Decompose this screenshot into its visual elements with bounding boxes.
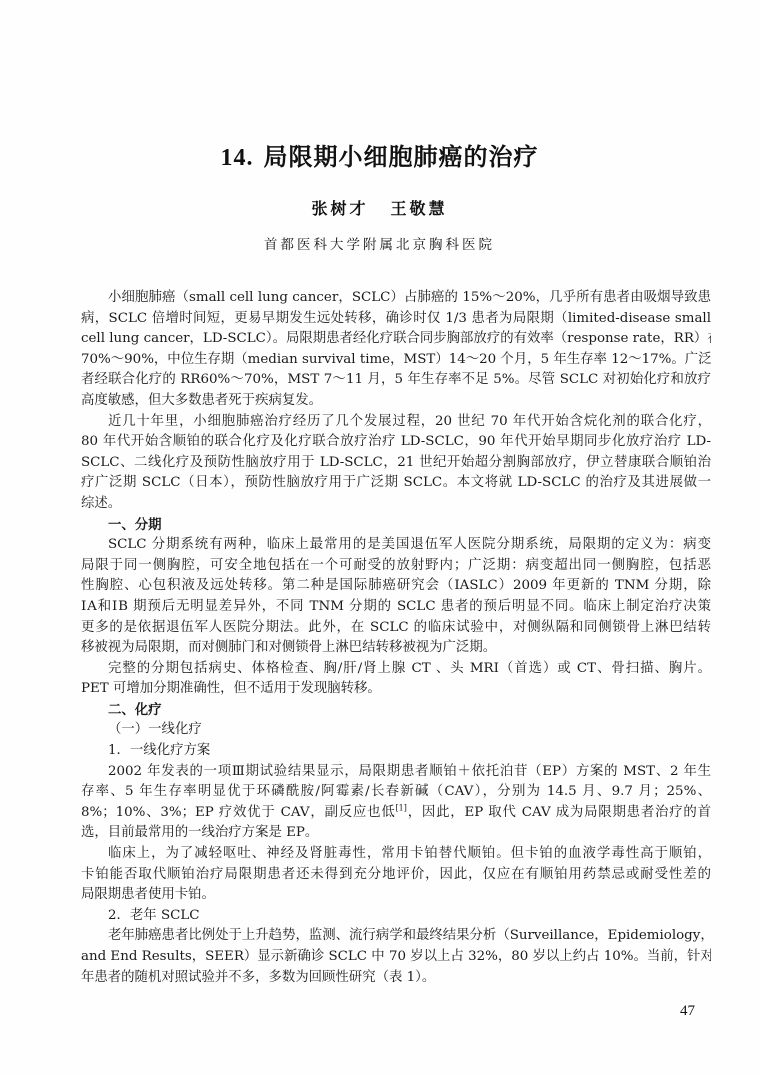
line-text: 8%；10%、3%；EP 疗效优于 CAV，副反应也低	[81, 805, 396, 820]
paragraph-line: 近几十年里，小细胞肺癌治疗经历了几个发展过程，20 世纪 70 年代开始含烷化剂…	[81, 412, 711, 433]
paragraph-line: 70%～90%，中位生存期（median survival time，MST）1…	[81, 350, 711, 371]
paragraph-line: 病，SCLC 倍增时间短，更易早期发生远处转移，确诊时仅 1/3 患者为局限期（…	[81, 309, 711, 330]
paragraph-line: 老年肺癌患者比例处于上升趋势，监测、流行病学和最终结果分析（Surveillan…	[81, 926, 711, 947]
paragraph-line: 8%；10%、3%；EP 疗效优于 CAV，副反应也低[1]，因此，EP 取代 …	[81, 803, 711, 824]
paragraph-line: PET 可增加分期准确性，但不适用于发现脑转移。	[81, 679, 711, 700]
paragraph-line: cell lung cancer，LD-SCLC）。局限期患者经化疗联合同步胸部…	[81, 329, 711, 350]
paragraph-line: 完整的分期包括病史、体格检查、胸/肝/肾上腺 CT 、头 MRI（首选）或 CT…	[81, 659, 711, 680]
paragraph-line: 2002 年发表的一项Ⅲ期试验结果显示，局限期患者顺铂＋依托泊苷（EP）方案的 …	[81, 762, 711, 783]
paragraph-line: 局限于同一侧胸腔，可安全地包括在一个可耐受的放射野内；广泛期：病变超出同一侧胸腔…	[81, 556, 711, 577]
paragraph-line: 存率、5 年生存率明显优于环磷酰胺/阿霉素/长春新碱（CAV），分别为 14.5…	[81, 782, 711, 803]
paragraph-line: 选，目前最常用的一线治疗方案是 EP。	[81, 823, 711, 844]
affiliation: 首都医科大学附属北京胸科医院	[0, 233, 759, 253]
chapter-title: 14.局限期小细胞肺癌的治疗	[0, 137, 759, 172]
section-heading-staging: 一、分期	[81, 515, 711, 536]
document-page: 14.局限期小细胞肺癌的治疗 张树才王敬慧 首都医科大学附属北京胸科医院 小细胞…	[0, 0, 759, 1077]
line-text: ，因此，EP 取代 CAV 成为局限期患者治疗的首	[407, 805, 711, 820]
paragraph-line: 性胸腔、心包积液及远处转移。第二种是国际肺癌研究会（IASLC）2009 年更新…	[81, 576, 711, 597]
subsection-heading-first-line: （一）一线化疗	[81, 720, 711, 741]
author: 张树才	[311, 199, 368, 218]
author: 王敬慧	[391, 199, 448, 218]
paragraph-line: 更多的是依据退伍军人医院分期法。此外，在 SCLC 的临床试验中，对侧纵隔和同侧…	[81, 618, 711, 639]
paragraph-line: 综述。	[81, 494, 711, 515]
paragraph-line: 临床上，为了减轻呕吐、神经及肾脏毒性，常用卡铂替代顺铂。但卡铂的血液学毒性高于顺…	[81, 844, 711, 865]
paragraph-line: 高度敏感，但大多数患者死于疾病复发。	[81, 391, 711, 412]
paragraph-line: 80 年代开始含顺铂的联合化疗及化疗联合放疗治疗 LD-SCLC，90 年代开始…	[81, 432, 711, 453]
citation-ref[interactable]: [1]	[396, 803, 407, 812]
paragraph-line: 年患者的随机对照试验并不多，多数为回顾性研究（表 1）。	[81, 968, 711, 989]
chapter-number: 14.	[221, 145, 254, 171]
section-heading-chemotherapy: 二、化疗	[81, 700, 711, 721]
article-body: 小细胞肺癌（small cell lung cancer，SCLC）占肺癌的 1…	[81, 288, 711, 988]
paragraph-line: SCLC、二线化疗及预防性脑放疗用于 LD-SCLC，21 世纪开始超分割胸部放…	[81, 453, 711, 474]
paragraph-line: ⅠA和ⅠB 期预后无明显差异外，不同 TNM 分期的 SCLC 患者的预后明显不…	[81, 597, 711, 618]
paragraph-line: 者经联合化疗的 RR60%～70%，MST 7～11 月，5 年生存率不足 5%…	[81, 370, 711, 391]
paragraph-line: 移被视为局限期，而对侧肺门和对侧锁骨上淋巴结转移被视为广泛期。	[81, 638, 711, 659]
paragraph-line: 卡铂能否取代顺铂治疗局限期患者还未得到充分地评价，因此，仅应在有顺铂用药禁忌或耐…	[81, 865, 711, 886]
author-list: 张树才王敬慧	[0, 196, 759, 219]
paragraph-line: and End Results，SEER）显示新确诊 SCLC 中 70 岁以上…	[81, 947, 711, 968]
subsection-heading-regimen: 1．一线化疗方案	[81, 741, 711, 762]
paragraph-line: 小细胞肺癌（small cell lung cancer，SCLC）占肺癌的 1…	[81, 288, 711, 309]
paragraph-line: SCLC 分期系统有两种，临床上最常用的是美国退伍军人医院分期系统，局限期的定义…	[81, 535, 711, 556]
paragraph-line: 局限期患者使用卡铂。	[81, 885, 711, 906]
page-number: 47	[680, 1003, 695, 1020]
chapter-title-text: 局限期小细胞肺癌的治疗	[264, 142, 539, 171]
subsection-heading-elderly: 2．老年 SCLC	[81, 906, 711, 927]
paragraph-line: 疗广泛期 SCLC（日本），预防性脑放疗用于广泛期 SCLC。本文将就 LD-S…	[81, 473, 711, 494]
